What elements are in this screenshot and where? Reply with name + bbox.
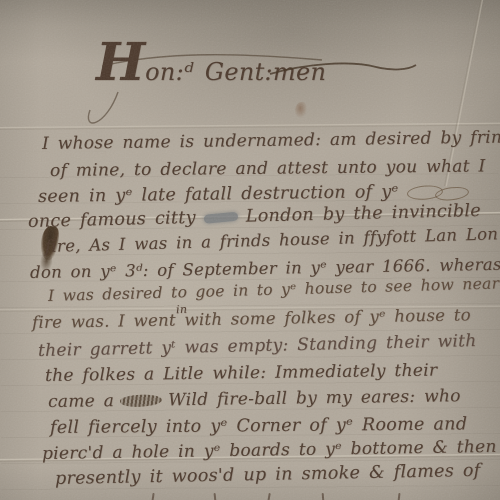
cutoff-ascender [214,493,217,500]
line-text: came a [48,391,114,412]
line-text: seen in yᵉ late fatall destruction of yᵉ [38,182,399,207]
manuscript-line: fell fiercely into yᵉ Corner of yᵉ Roome… [50,414,468,438]
manuscript-photo: Hon:ᵈ Gent:men I whose name is undername… [0,0,500,500]
salutation: Hon:ᵈ Gent:men [96,32,326,93]
manuscript-line: presently it woos'd up in smoke & flames… [55,461,481,489]
cutoff-ascender [151,493,154,500]
manuscript-line: their garrett yᵗ was empty: Standing the… [38,331,477,361]
interlinear-insertion: in [176,303,188,316]
line-text: once famous citty [28,208,196,232]
line-text: Wild fire-ball by my eares: who [168,386,461,410]
scribbled-out-word [120,393,163,408]
cutoff-ascender [267,493,271,500]
cutoff-ascender [322,493,325,500]
manuscript-line: pierc'd a hole in yᵉ boards to yᵉ bottom… [42,437,497,464]
cutoff-ascender [397,493,400,500]
manuscript-line: came a Wild fire-ball by my eares: who [48,386,461,412]
paper-stain [295,102,307,118]
manuscript-line: fire was. I went with some folkes of yᵉ … [32,305,471,332]
manuscript-line: of mine, to declare and attest unto you … [50,156,486,181]
scribbled-out-word [406,183,470,200]
manuscript-line: the folkes a Litle while: Immediately th… [45,361,438,386]
manuscript-line: I whose name is undernamed: am desired b… [42,127,500,154]
line-text: London by the invincible [246,201,482,227]
ink-smudge [203,211,238,223]
